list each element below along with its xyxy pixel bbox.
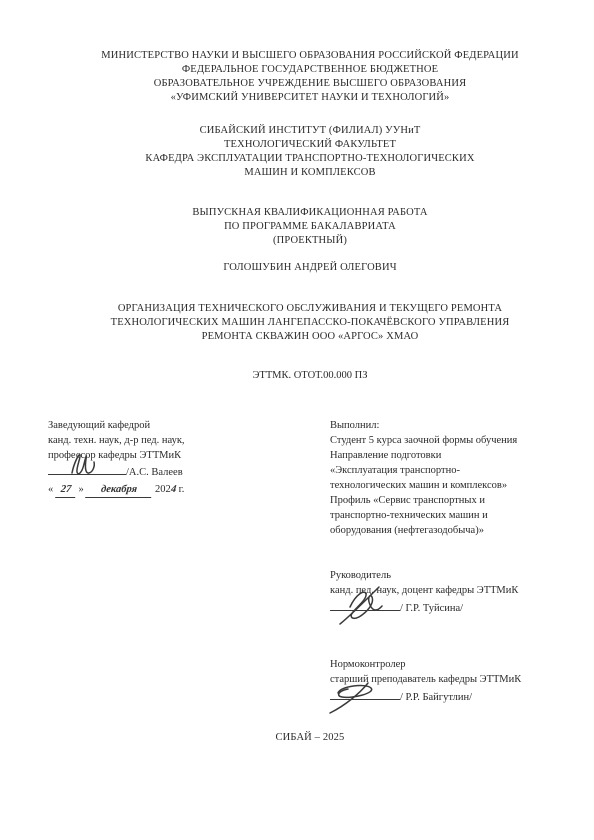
executor-line: транспортно-технических машин и [330, 508, 566, 523]
document-code: ЭТТМК. ОТОТ.00.000 ПЗ [26, 369, 594, 383]
thesis-title-page: МИНИСТЕРСТВО НАУКИ И ВЫСШЕГО ОБРАЗОВАНИЯ… [0, 0, 594, 840]
normcontrol-signature-line: / Р.Р. Байгутлин/ [330, 688, 566, 705]
ministry-line: ОБРАЗОВАТЕЛЬНОЕ УЧРЕЖДЕНИЕ ВЫСШЕГО ОБРАЗ… [26, 77, 594, 91]
head-signature-field [48, 463, 126, 475]
work-title: ОРГАНИЗАЦИЯ ТЕХНИЧЕСКОГО ОБСЛУЖИВАНИЯ И … [26, 302, 594, 344]
supervisor-signature-name: / Г.Р. Туйсина/ [400, 603, 463, 614]
work-type-line: ПО ПРОГРАММЕ БАКАЛАВРИАТА [26, 220, 594, 234]
city-year: СИБАЙ – 2025 [26, 731, 594, 745]
normcontrol-signature-field [330, 688, 400, 700]
normcontrol-signature-icon [326, 676, 390, 716]
head-signature-icon [64, 450, 106, 478]
institute-line: ТЕХНОЛОГИЧЕСКИЙ ФАКУЛЬТЕТ [26, 138, 594, 152]
executor-line: Студент 5 курса заочной формы обучения [330, 433, 566, 448]
normcontrol-block: Нормоконтролер старший преподаватель каф… [330, 657, 566, 705]
institute-line: СИБАЙСКИЙ ИНСТИТУТ (ФИЛИАЛ) УУНиТ [26, 124, 594, 138]
executor-block: Выполнил: Студент 5 курса заочной формы … [330, 418, 566, 538]
executor-line: технологических машин и комплексов» [330, 478, 566, 493]
approval-section: Заведующий кафедрой канд. техн. наук, д-… [26, 418, 594, 705]
ministry-line: «УФИМСКИЙ УНИВЕРСИТЕТ НАУКИ И ТЕХНОЛОГИЙ… [26, 91, 594, 105]
work-type-line: (ПРОЕКТНЫЙ) [26, 234, 594, 248]
work-title-line: ОРГАНИЗАЦИЯ ТЕХНИЧЕСКОГО ОБСЛУЖИВАНИЯ И … [26, 302, 594, 316]
head-signature-name: /А.С. Валеев [126, 467, 183, 478]
supervisor-label: Руководитель [330, 568, 566, 583]
executor-line: оборудования (нефтегазодобыча)» [330, 523, 566, 538]
date-era: г. [179, 484, 185, 495]
institute-line: МАШИН И КОМПЛЕКСОВ [26, 166, 594, 180]
date-open-quote: « [48, 484, 53, 495]
work-type-block: ВЫПУСКНАЯ КВАЛИФИКАЦИОННАЯ РАБОТА ПО ПРО… [26, 206, 594, 248]
head-title: Заведующий кафедрой [48, 418, 308, 433]
supervisor-signature-field [330, 599, 400, 611]
head-degrees: канд. техн. наук, д-р пед. наук, [48, 433, 308, 448]
ministry-line: ФЕДЕРАЛЬНОЕ ГОСУДАРСТВЕННОЕ БЮДЖЕТНОЕ [26, 63, 594, 77]
work-type-line: ВЫПУСКНАЯ КВАЛИФИКАЦИОННАЯ РАБОТА [26, 206, 594, 220]
supervisor-block: Руководитель канд. пед. наук, доцент каф… [330, 568, 566, 616]
date-year: 202 [155, 484, 171, 495]
approval-date: « 27 » декабря 2024 г. [48, 482, 308, 498]
date-year-digit: 4 [170, 482, 177, 497]
normcontrol-label: Нормоконтролер [330, 657, 566, 672]
right-approval-column: Выполнил: Студент 5 курса заочной формы … [330, 418, 566, 705]
executor-line: Направление подготовки [330, 448, 566, 463]
work-title-line: РЕМОНТА СКВАЖИН ООО «АРГОС» ХМАО [26, 330, 594, 344]
date-day: 27 [55, 482, 77, 498]
normcontrol-signature-name: / Р.Р. Байгутлин/ [400, 692, 472, 703]
supervisor-signature-line: / Г.Р. Туйсина/ [330, 599, 566, 616]
author-name: ГОЛОШУБИН АНДРЕЙ ОЛЕГОВИЧ [26, 261, 594, 275]
ministry-header: МИНИСТЕРСТВО НАУКИ И ВЫСШЕГО ОБРАЗОВАНИЯ… [26, 49, 594, 105]
work-title-line: ТЕХНОЛОГИЧЕСКИХ МАШИН ЛАНГЕПАССКО-ПОКАЧЁ… [26, 316, 594, 330]
head-signature-line: /А.С. Валеев [48, 463, 308, 480]
date-month: декабря [86, 482, 154, 498]
institute-line: КАФЕДРА ЭКСПЛУАТАЦИИ ТРАНСПОРТНО-ТЕХНОЛО… [26, 152, 594, 166]
institute-header: СИБАЙСКИЙ ИНСТИТУТ (ФИЛИАЛ) УУНиТ ТЕХНОЛ… [26, 124, 594, 180]
head-of-department-block: Заведующий кафедрой канд. техн. наук, д-… [48, 418, 308, 498]
executor-line: «Эксплуатация транспортно- [330, 463, 566, 478]
supervisor-signature-icon [332, 585, 390, 625]
executor-line: Профиль «Сервис транспортных и [330, 493, 566, 508]
ministry-line: МИНИСТЕРСТВО НАУКИ И ВЫСШЕГО ОБРАЗОВАНИЯ… [26, 49, 594, 63]
executor-label: Выполнил: [330, 418, 566, 433]
date-close-quote: » [79, 484, 84, 495]
